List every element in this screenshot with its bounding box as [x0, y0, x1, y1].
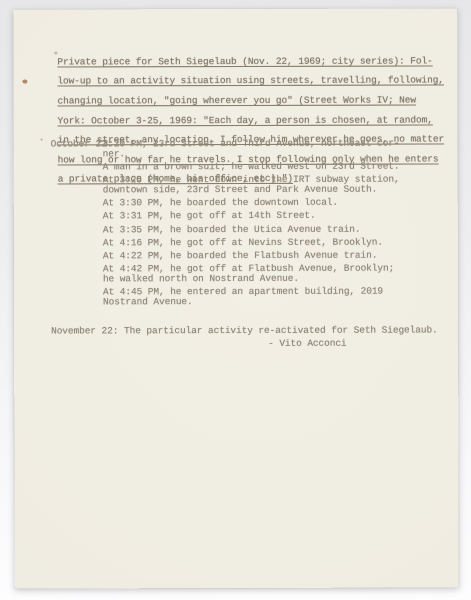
paper-stain-speck [54, 51, 57, 54]
activity-entry: At 3:25 PM, he went down into the IRT su… [103, 175, 437, 195]
paper-stain-speck [22, 80, 27, 84]
november-date-label: November 22: [51, 325, 118, 336]
header-line: York: October 3-25, 1969: "Each day, a p… [58, 115, 458, 126]
paper-document: Private piece for Seth Siegelaub (Nov. 2… [13, 8, 459, 588]
october-activity-list: 3:20 PM; 23rd Street and Third Avenue, n… [103, 138, 437, 310]
activity-entry: At 3:35 PM, he boarded the Utica Avenue … [103, 224, 437, 235]
activity-entry: At 4:22 PM, he boarded the Flatbush Aven… [103, 250, 437, 261]
activity-entry: At 3:30 PM, he boarded the downtown loca… [103, 198, 437, 209]
activity-entry: At 4:42 PM, he got off at Flatbush Avenu… [103, 264, 437, 284]
paper-stain-speck [41, 139, 43, 141]
november-entry-text: The particular activity re-activated for… [124, 324, 438, 336]
activity-entry: 3:20 PM; 23rd Street and Third Avenue, n… [103, 138, 437, 158]
activity-entry: At 4:16 PM, he got off at Nevins Street,… [103, 237, 437, 248]
november-entry: November 22:The particular activity re-a… [51, 315, 461, 336]
header-line: Private piece for Seth Siegelaub (Nov. 2… [57, 56, 457, 67]
artist-signature: - Vito Acconci [268, 339, 346, 349]
activity-entry: At 4:45 PM, he entered an apartment buil… [103, 287, 437, 307]
activity-entry: A man in a brown suit; he walked west on… [103, 161, 437, 172]
activity-entry: At 3:31 PM, he got off at 14th Street. [103, 211, 437, 222]
header-line: low-up to an activity situation using st… [57, 76, 457, 87]
photo-background: Private piece for Seth Siegelaub (Nov. 2… [0, 0, 471, 600]
header-line: changing location, "going wherever you g… [57, 95, 457, 106]
